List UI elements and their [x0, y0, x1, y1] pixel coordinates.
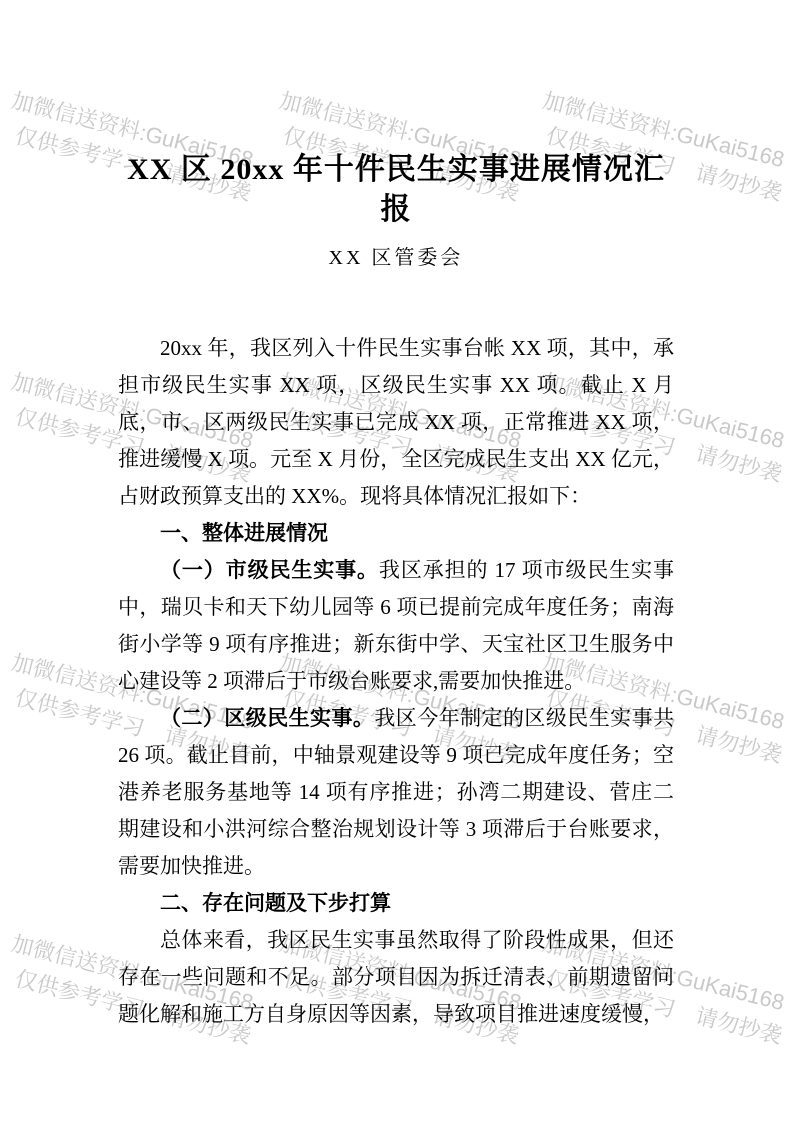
- paragraph: （二）区级民生实事。我区今年制定的区级民生实事共 26 项。截止目前，中轴景观建…: [118, 700, 674, 885]
- document-author: XX 区管委会: [118, 244, 674, 272]
- paragraph: （一）市级民生实事。我区承担的 17 项市级民生实事中，瑞贝卡和天下幼儿园等 6…: [118, 552, 674, 700]
- document-content: XX 区 20xx 年十件民生实事进展情况汇报 XX 区管委会 20xx 年，我…: [118, 0, 674, 1033]
- paragraph-lead: （二）区级民生实事。: [160, 706, 374, 730]
- document-title: XX 区 20xx 年十件民生实事进展情况汇报: [118, 150, 674, 230]
- section-heading: 一、整体进展情况: [118, 515, 674, 552]
- paragraph-lead: （一）市级民生实事。: [160, 558, 379, 582]
- section-heading: 二、存在问题及下步打算: [118, 885, 674, 922]
- paragraph: 总体来看，我区民生实事虽然取得了阶段性成果，但还存在一些问题和不足。部分项目因为…: [118, 922, 674, 1033]
- document-body: 20xx 年，我区列入十件民生实事台帐 XX 项，其中，承担市级民生实事 XX …: [118, 330, 674, 1033]
- document-page: 加微信送资料:GuKai5168仅供参考学习 请勿抄袭加微信送资料:GuKai5…: [0, 0, 793, 1122]
- paragraph: 20xx 年，我区列入十件民生实事台帐 XX 项，其中，承担市级民生实事 XX …: [118, 330, 674, 515]
